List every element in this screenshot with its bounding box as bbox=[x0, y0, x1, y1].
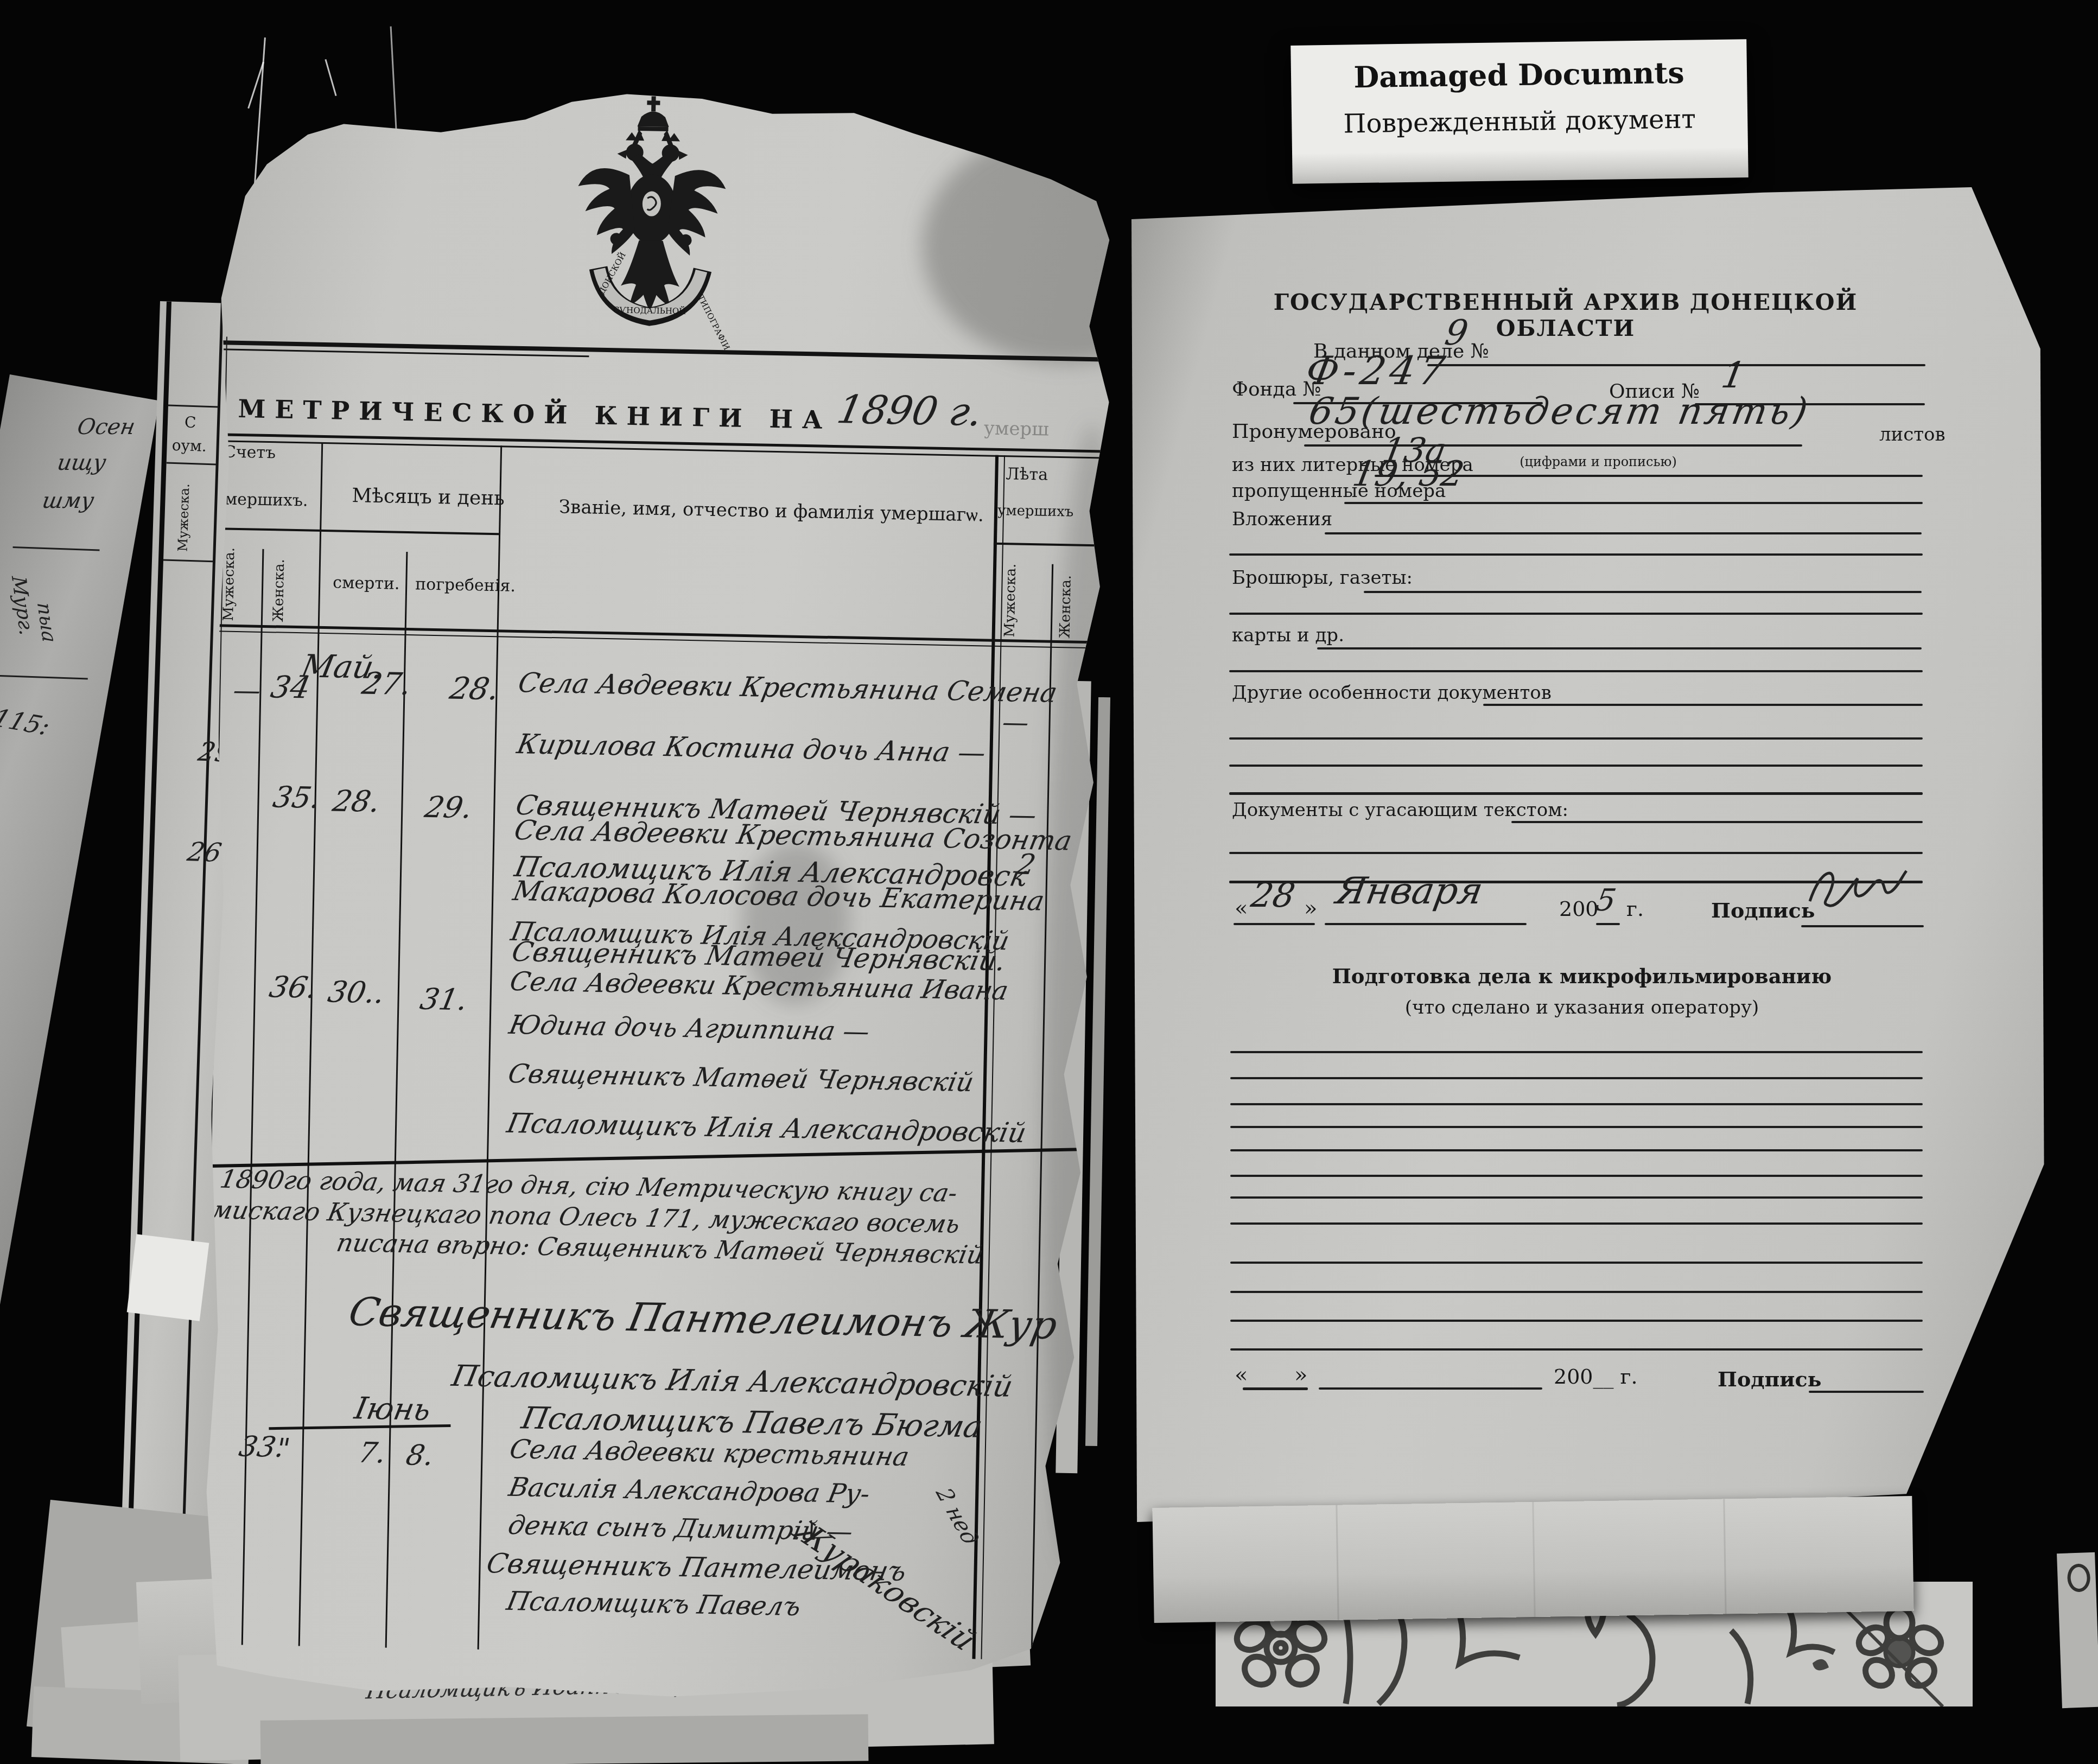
torn-strip bbox=[260, 1714, 869, 1764]
clamp-highlight bbox=[325, 59, 336, 96]
col-header-schet: умершихъ. bbox=[215, 489, 308, 510]
bottom-podpis-label: Подпись bbox=[1718, 1367, 1821, 1391]
fragment-script: пыа bbox=[33, 603, 61, 642]
damaged-documents-card: Damaged Documnts Поврежденный документ bbox=[1290, 39, 1748, 184]
form-line bbox=[1230, 1222, 1923, 1225]
form-line bbox=[1230, 1126, 1923, 1128]
cross-icon bbox=[647, 96, 660, 111]
rolled-paper-band bbox=[1152, 1496, 1913, 1623]
col-header-month: Мѣсяцъ и день bbox=[352, 485, 505, 510]
form-line bbox=[1511, 821, 1923, 823]
ribbon-text-center: СѴНОДАЛЬНОЙ bbox=[613, 304, 686, 316]
brosh-label: Брошюры, газеты: bbox=[1232, 567, 1413, 589]
entry34-female-count: 34 bbox=[268, 670, 313, 705]
form-line bbox=[1243, 1387, 1308, 1390]
form-line bbox=[1229, 613, 1923, 615]
col-header-zvanie: Званіе, имя, отчество и фамилія умершагѡ… bbox=[559, 496, 984, 526]
margin-number: 26 bbox=[185, 837, 224, 868]
archive-photo: Осен ищу шму Мург. пыа 115: 116 С оум. М… bbox=[0, 0, 2098, 1764]
entry33-death-day: 7. bbox=[355, 1437, 389, 1470]
leaf-rule bbox=[168, 405, 218, 408]
form-line bbox=[1230, 1077, 1923, 1079]
section-rule bbox=[199, 1148, 1095, 1168]
form-line bbox=[1229, 737, 1923, 740]
fragment-rule bbox=[0, 674, 88, 680]
entry34-line: Кирилова Костина дочь Анна — bbox=[514, 728, 989, 768]
leaf-rule bbox=[167, 462, 217, 466]
tape-patch bbox=[127, 1234, 209, 1321]
year-printed: 200 bbox=[1559, 897, 1599, 921]
fragment-script: ищу bbox=[55, 450, 108, 475]
form-line bbox=[1319, 1387, 1542, 1390]
card-title-ru: Поврежденный документ bbox=[1292, 103, 1748, 140]
podgotovka-title: Подготовка дела к микрофильмированию bbox=[1294, 964, 1870, 988]
fragment-script: Осен bbox=[75, 415, 137, 440]
form-line bbox=[1809, 1391, 1924, 1393]
form-line bbox=[1317, 647, 1922, 649]
form-line bbox=[1229, 792, 1923, 795]
entry34-burial-day: 28. bbox=[447, 671, 503, 707]
column-rule bbox=[478, 445, 503, 1650]
form-line bbox=[1230, 1262, 1923, 1264]
drugie-label: Другие особенности документов bbox=[1232, 682, 1552, 704]
form-line bbox=[1230, 1291, 1923, 1293]
card-title-en: Damaged Documnts bbox=[1291, 54, 1747, 95]
karty-label: карты и др. bbox=[1232, 625, 1344, 646]
header-fragment: Мужеска. bbox=[175, 470, 193, 552]
margin-number: 115: bbox=[0, 703, 54, 741]
date-quote: « bbox=[1235, 896, 1248, 921]
form-line bbox=[1230, 1051, 1923, 1053]
form-line bbox=[1234, 923, 1315, 925]
form-line bbox=[1325, 532, 1922, 534]
pronum-value: 65(шестьдесят пять) bbox=[1306, 390, 1814, 433]
month-header: Іюнь bbox=[352, 1391, 434, 1428]
form-line bbox=[1229, 765, 1923, 767]
form-line bbox=[1230, 1196, 1923, 1199]
entry34-death-day: 27. bbox=[359, 666, 415, 702]
entry36-count: 36. bbox=[266, 970, 320, 1004]
col-header-schet: Счетъ bbox=[224, 442, 276, 462]
date-month: Января bbox=[1333, 870, 1486, 913]
form-line bbox=[1325, 923, 1527, 925]
entry34-age: — bbox=[1000, 707, 1032, 738]
form-line bbox=[1304, 444, 1802, 447]
column-rule bbox=[385, 552, 408, 1648]
ribbon-text-right: ТИПОГРАФІИ bbox=[696, 294, 732, 351]
entry36-line: Юдина дочь Агриппина — bbox=[506, 1010, 872, 1047]
year-suffix: г. bbox=[1626, 897, 1644, 921]
entry33-burial-day: 8. bbox=[403, 1439, 436, 1472]
entry33-line: Псаломщикъ Павелъ bbox=[504, 1586, 804, 1622]
subcol-zhenska: Женска. bbox=[1057, 568, 1075, 639]
column-rule bbox=[298, 442, 323, 1646]
form-line bbox=[1230, 1149, 1923, 1151]
form-line bbox=[1229, 670, 1923, 672]
ugas-label: Документы с угасающим текстом: bbox=[1232, 799, 1568, 821]
psalmist-signature: Псаломщикъ Илія Александровскій bbox=[449, 1359, 1016, 1404]
header-fragment: С bbox=[184, 413, 196, 432]
header-fragment: оум. bbox=[171, 436, 207, 455]
subheader-rule bbox=[214, 527, 499, 535]
form-line bbox=[1230, 1348, 1923, 1351]
paper-crease bbox=[1723, 1499, 1726, 1614]
subcol-pogrebeniya: погребенія. bbox=[415, 575, 516, 596]
form-line bbox=[1229, 852, 1923, 854]
podgotovka-subtitle: (что сделано и указания оператору) bbox=[1294, 997, 1870, 1018]
form-line bbox=[1364, 591, 1922, 593]
fragment-script: шму bbox=[40, 488, 96, 513]
form-line bbox=[1427, 364, 1925, 366]
edge-grime bbox=[1033, 423, 1130, 1564]
entry35-death-day: 28. bbox=[330, 784, 383, 819]
pronum-caption: (цифрами и прописью) bbox=[1435, 454, 1761, 469]
paper-crease bbox=[1532, 1502, 1535, 1617]
entry33-line: Василія Александрова Ру- bbox=[506, 1472, 873, 1510]
bottom-quote: « bbox=[1235, 1362, 1248, 1387]
entry34-line: Села Авдеевки Крестьянина Семена bbox=[516, 667, 1060, 709]
date-day: 28 bbox=[1248, 875, 1298, 915]
entry34-male-count: — bbox=[231, 674, 264, 706]
listov-label: листов bbox=[1879, 424, 1946, 445]
bottom-year: 200__ г. bbox=[1554, 1365, 1638, 1389]
form-line bbox=[1596, 923, 1620, 925]
form-title: ГОСУДАРСТВЕННЫЙ АРХИВ ДОНЕЦКОЙ ОБЛАСТИ bbox=[1213, 289, 1918, 341]
entry35-burial-day: 29. bbox=[422, 790, 475, 825]
entry35-count: 35. bbox=[270, 780, 323, 814]
col-header-leta: умершихъ bbox=[997, 502, 1074, 520]
entry36-death-day: 30.. bbox=[325, 975, 387, 1010]
archive-form-page: ГОСУДАРСТВЕННЫЙ АРХИВ ДОНЕЦКОЙ ОБЛАСТИ В… bbox=[1131, 187, 2049, 1522]
book-title-year: 1890 г. bbox=[834, 386, 987, 435]
subcol-muzheska: Мужеска. bbox=[1002, 565, 1020, 638]
column-rule bbox=[241, 549, 264, 1645]
entry36-line: Псаломщикъ Илія Александровскій bbox=[504, 1107, 1029, 1149]
fond-value: Ф-247 bbox=[1302, 348, 1452, 393]
form-line bbox=[1483, 704, 1923, 706]
book-title: МЕТРИЧЕСКОЙ КНИГИ НА bbox=[238, 394, 832, 435]
entry36-burial-day: 31. bbox=[417, 982, 471, 1017]
paper-crease bbox=[1336, 1505, 1339, 1620]
podpis-label: Подпись bbox=[1711, 898, 1815, 922]
form-line bbox=[1344, 502, 1923, 504]
vlozh-label: Вложения bbox=[1232, 508, 1332, 530]
form-line bbox=[1230, 1175, 1923, 1177]
metric-book-page: ДОНСКОЙ СѴНОДАЛЬНОЙ ТИПОГРАФІИ МЕТРИЧЕСК… bbox=[183, 81, 1131, 1705]
form-line bbox=[1230, 1320, 1923, 1322]
col-header-leta: Лѣта bbox=[1006, 464, 1048, 484]
form-line bbox=[1229, 553, 1923, 556]
date-quote: » bbox=[1304, 896, 1317, 921]
title-fragment: умерш bbox=[984, 417, 1050, 440]
leaf-rule bbox=[163, 559, 213, 562]
torn-sliver bbox=[1085, 697, 1110, 1446]
entry36-line: Священникъ Матѳей Чернявскій bbox=[506, 1059, 977, 1098]
propusk-value: 19, 52 bbox=[1350, 454, 1467, 494]
imperial-double-eagle-emblem: ДОНСКОЙ СѴНОДАЛЬНОЙ ТИПОГРАФІИ bbox=[568, 93, 735, 351]
bottom-quote: » bbox=[1294, 1362, 1307, 1387]
subcol-smerti: смерти. bbox=[333, 573, 400, 593]
subcol-zhenska: Женска. bbox=[270, 551, 288, 622]
form-line bbox=[1230, 1103, 1923, 1105]
form-line bbox=[1801, 925, 1924, 927]
fabric-motif bbox=[2067, 1563, 2091, 1592]
signature-scribble bbox=[1803, 859, 1912, 919]
year-handwritten: 5 bbox=[1593, 883, 1619, 918]
priest-signature: Священникъ Пантелеимонъ Жур bbox=[345, 1289, 1061, 1348]
fragment-rule bbox=[13, 546, 100, 551]
fabric-fragment-right bbox=[2057, 1552, 2098, 1708]
